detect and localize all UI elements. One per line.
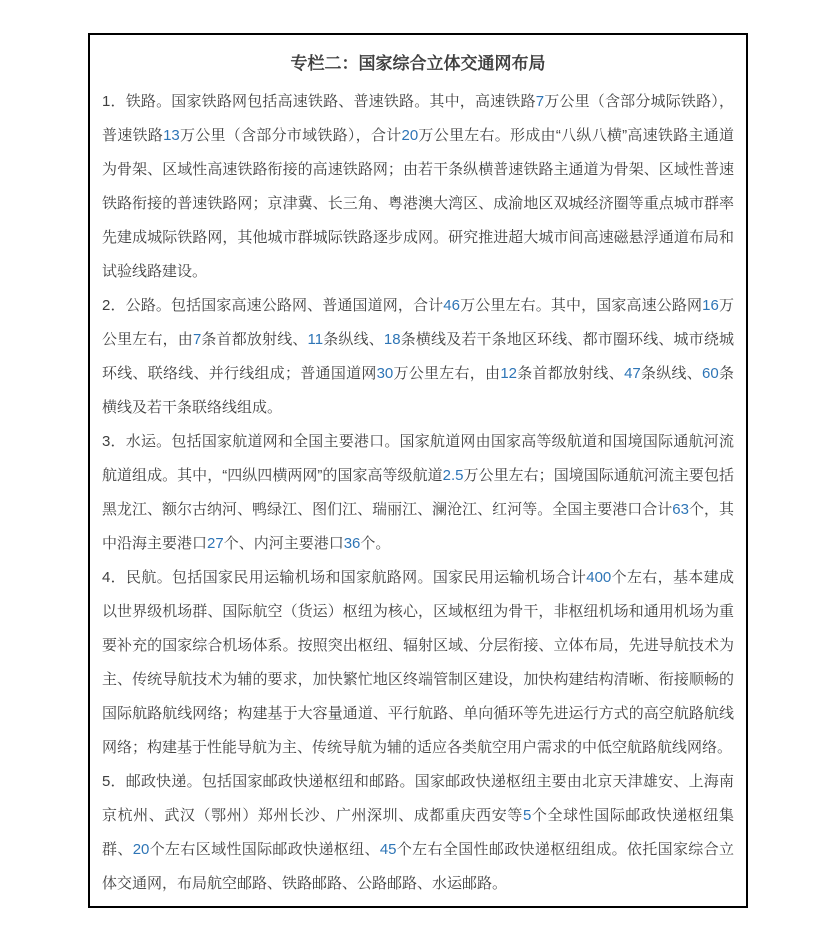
document-box: 专栏二：国家综合立体交通网布局 1．铁路。国家铁路网包括高速铁路、普速铁路。其中… [88,33,748,908]
paragraph: 1．铁路。国家铁路网包括高速铁路、普速铁路。其中，高速铁路7万公里（含部分城际铁… [102,85,734,289]
text-run: 万公里左右。其中，国家高速公路网 [460,297,702,314]
number-value: 47 [624,365,641,382]
text-run: 条首都放射线、 [201,331,307,348]
number-value: 16 [702,297,719,314]
number-value: 46 [443,297,460,314]
number-value: 63 [672,501,689,518]
text-run: 4．民航。包括国家民用运输机场和国家航路网。国家民用运输机场合计 [102,569,586,586]
number-value: 13 [163,127,180,144]
paragraph: 4．民航。包括国家民用运输机场和国家航路网。国家民用运输机场合计400个左右，基… [102,561,734,765]
number-value: 18 [384,331,401,348]
number-value: 7 [536,93,544,110]
number-value: 400 [586,569,611,586]
paragraph-list: 1．铁路。国家铁路网包括高速铁路、普速铁路。其中，高速铁路7万公里（含部分城际铁… [102,85,734,901]
text-run: 万公里左右。形成由“八纵八横”高速铁路主通道为骨架、区域性高速铁路衔接的高速铁路… [102,127,734,280]
number-value: 2.5 [443,467,464,484]
number-value: 20 [401,127,418,144]
text-run: 1．铁路。国家铁路网包括高速铁路、普速铁路。其中，高速铁路 [102,93,536,110]
text-run: 个左右区域性国际邮政快递枢纽、 [149,841,379,858]
text-run: 万公里左右，由 [393,365,500,382]
text-run: 个。 [360,535,390,552]
number-value: 45 [380,841,397,858]
paragraph: 5．邮政快递。包括国家邮政快递枢纽和邮路。国家邮政快递枢纽主要由北京天津雄安、上… [102,765,734,901]
box-title: 专栏二：国家综合立体交通网布局 [102,51,734,77]
text-run: 条纵线、 [323,331,384,348]
text-run: 万公里（含部分市域铁路），合计 [180,127,402,144]
text-run: 条首都放射线、 [517,365,624,382]
number-value: 30 [377,365,394,382]
text-run: 条纵线、 [641,365,702,382]
paragraph: 2．公路。包括国家高速公路网、普通国道网，合计46万公里左右。其中，国家高速公路… [102,289,734,425]
text-run: 2．公路。包括国家高速公路网、普通国道网，合计 [102,297,443,314]
number-value: 36 [344,535,361,552]
number-value: 27 [207,535,224,552]
text-run: 个、内河主要港口 [224,535,344,552]
text-run: 个左右，基本建成以世界级机场群、国际航空（货运）枢纽为核心，区域枢纽为骨干，非枢… [102,569,734,756]
number-value: 12 [500,365,517,382]
paragraph: 3．水运。包括国家航道网和全国主要港口。国家航道网由国家高等级航道和国境国际通航… [102,425,734,561]
number-value: 11 [308,331,324,348]
number-value: 20 [133,841,150,858]
number-value: 60 [702,365,719,382]
